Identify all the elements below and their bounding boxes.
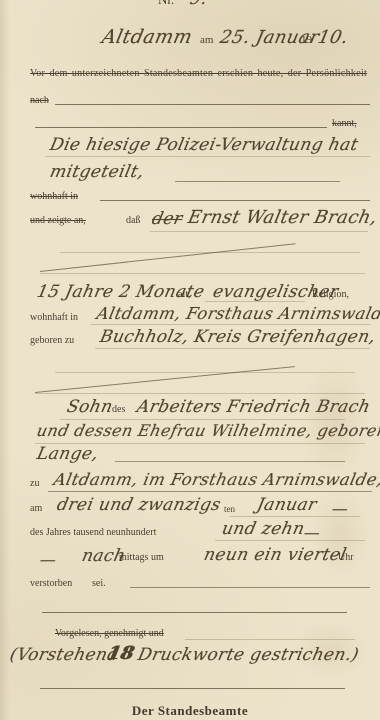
faint-rule (215, 540, 365, 541)
faint-rule (35, 393, 365, 394)
parents-des-label: des (112, 404, 125, 415)
faint-rule (150, 231, 368, 232)
faint-rule (55, 372, 355, 373)
intro-struck-line2: nach (30, 95, 49, 106)
faint-rule (230, 516, 360, 517)
record-number-label: Nr. (158, 0, 174, 8)
struck-vorgelesen: Vorgelesen, genehmigt und (55, 628, 164, 639)
diagonal-strike-line (40, 243, 296, 272)
wohnhaft-in-label: wohnhaft in (30, 312, 78, 323)
form-rule (40, 688, 345, 689)
correction-note-open: (Vorstehend (8, 645, 121, 665)
am-label: am (30, 503, 42, 514)
police-note-line2: mitgeteilt, (48, 162, 146, 182)
bleed-through-mark (300, 360, 370, 480)
form-rule (42, 612, 347, 613)
struck-und-zeigte-an: und zeigte an, (30, 215, 86, 226)
correction-note-rest: Druckworte gestrichen.) (136, 645, 361, 665)
dateline-place: Altdamm (100, 26, 194, 48)
religion-label: Religion, (312, 289, 349, 300)
death-day: drei und zwanzigs (55, 495, 223, 515)
form-rule (115, 461, 345, 462)
dateline-year: 10. (316, 27, 350, 48)
geboren-zu-label: geboren zu (30, 335, 74, 346)
sei-label: sei. (92, 578, 106, 589)
uhr-label: Uhr (338, 552, 354, 563)
diagonal-strike-line (35, 366, 295, 393)
record-number-value: 9. (188, 0, 209, 9)
form-rule (100, 200, 370, 201)
faint-rule (205, 301, 305, 302)
form-rule (55, 104, 370, 105)
filler-dash: — (38, 550, 58, 569)
form-rule (48, 491, 372, 492)
verstorben-label: verstorben (30, 578, 72, 589)
form-rule (35, 127, 327, 128)
parents-father-name: Arbeiters Friedrich Brach (135, 397, 372, 417)
correction-note-count: 18 (106, 643, 136, 664)
death-year: und zehn (220, 519, 307, 539)
parents-line1-sohn: Sohn (65, 397, 115, 417)
ten-suffix-label: ten (224, 504, 235, 514)
deceased-article-struck: der (150, 209, 185, 229)
faint-rule (90, 324, 370, 325)
dass-label: daß (126, 215, 140, 226)
faint-rule (40, 273, 365, 274)
form-rule (130, 587, 370, 588)
parents-mother-maiden-name: Lange, (35, 444, 100, 464)
intro-struck-kannt: kannt, (332, 118, 357, 129)
mittags-um-label: mittags um (119, 552, 164, 563)
faint-rule (95, 348, 370, 349)
death-time-value: neun ein viertel (202, 545, 348, 565)
struck-wohnhaft-in: wohnhaft in (30, 191, 78, 202)
zu-label: zu (30, 478, 39, 489)
dateline-century: 19 (301, 34, 312, 46)
registrar-signature-label: Der Standesbeamte (0, 703, 380, 719)
faint-rule (45, 156, 370, 157)
police-note-line1: Die hiesige Polizei-Verwaltung hat (48, 135, 360, 155)
deceased-birthplace: Buchholz, Kreis Greifenhagen, (98, 327, 377, 347)
deceased-residence: Altdamm, Forsthaus Arnimswalde, (95, 304, 380, 323)
year-printed-label: des Jahres tausend neunhundert (30, 527, 156, 538)
intro-struck-line1: Vor dem unterzeichneten Standesbeamten e… (30, 68, 367, 79)
faint-rule (60, 419, 345, 420)
death-place: Altdamm, im Forsthaus Arnimswalde, (52, 470, 380, 489)
death-month: Januar (255, 495, 319, 515)
parents-mother-line: und dessen Ehefrau Wilhelmine, geborenen (35, 421, 380, 440)
alt-label: alt, (178, 289, 191, 300)
death-record-page: Nr. 9. Altdamm am 25. Januar 19 10. Vor … (0, 0, 380, 720)
dateline-am-label: am (200, 34, 213, 46)
faint-rule (185, 639, 355, 640)
deceased-name: Ernst Walter Brach, (186, 207, 379, 228)
form-rule (175, 181, 340, 182)
